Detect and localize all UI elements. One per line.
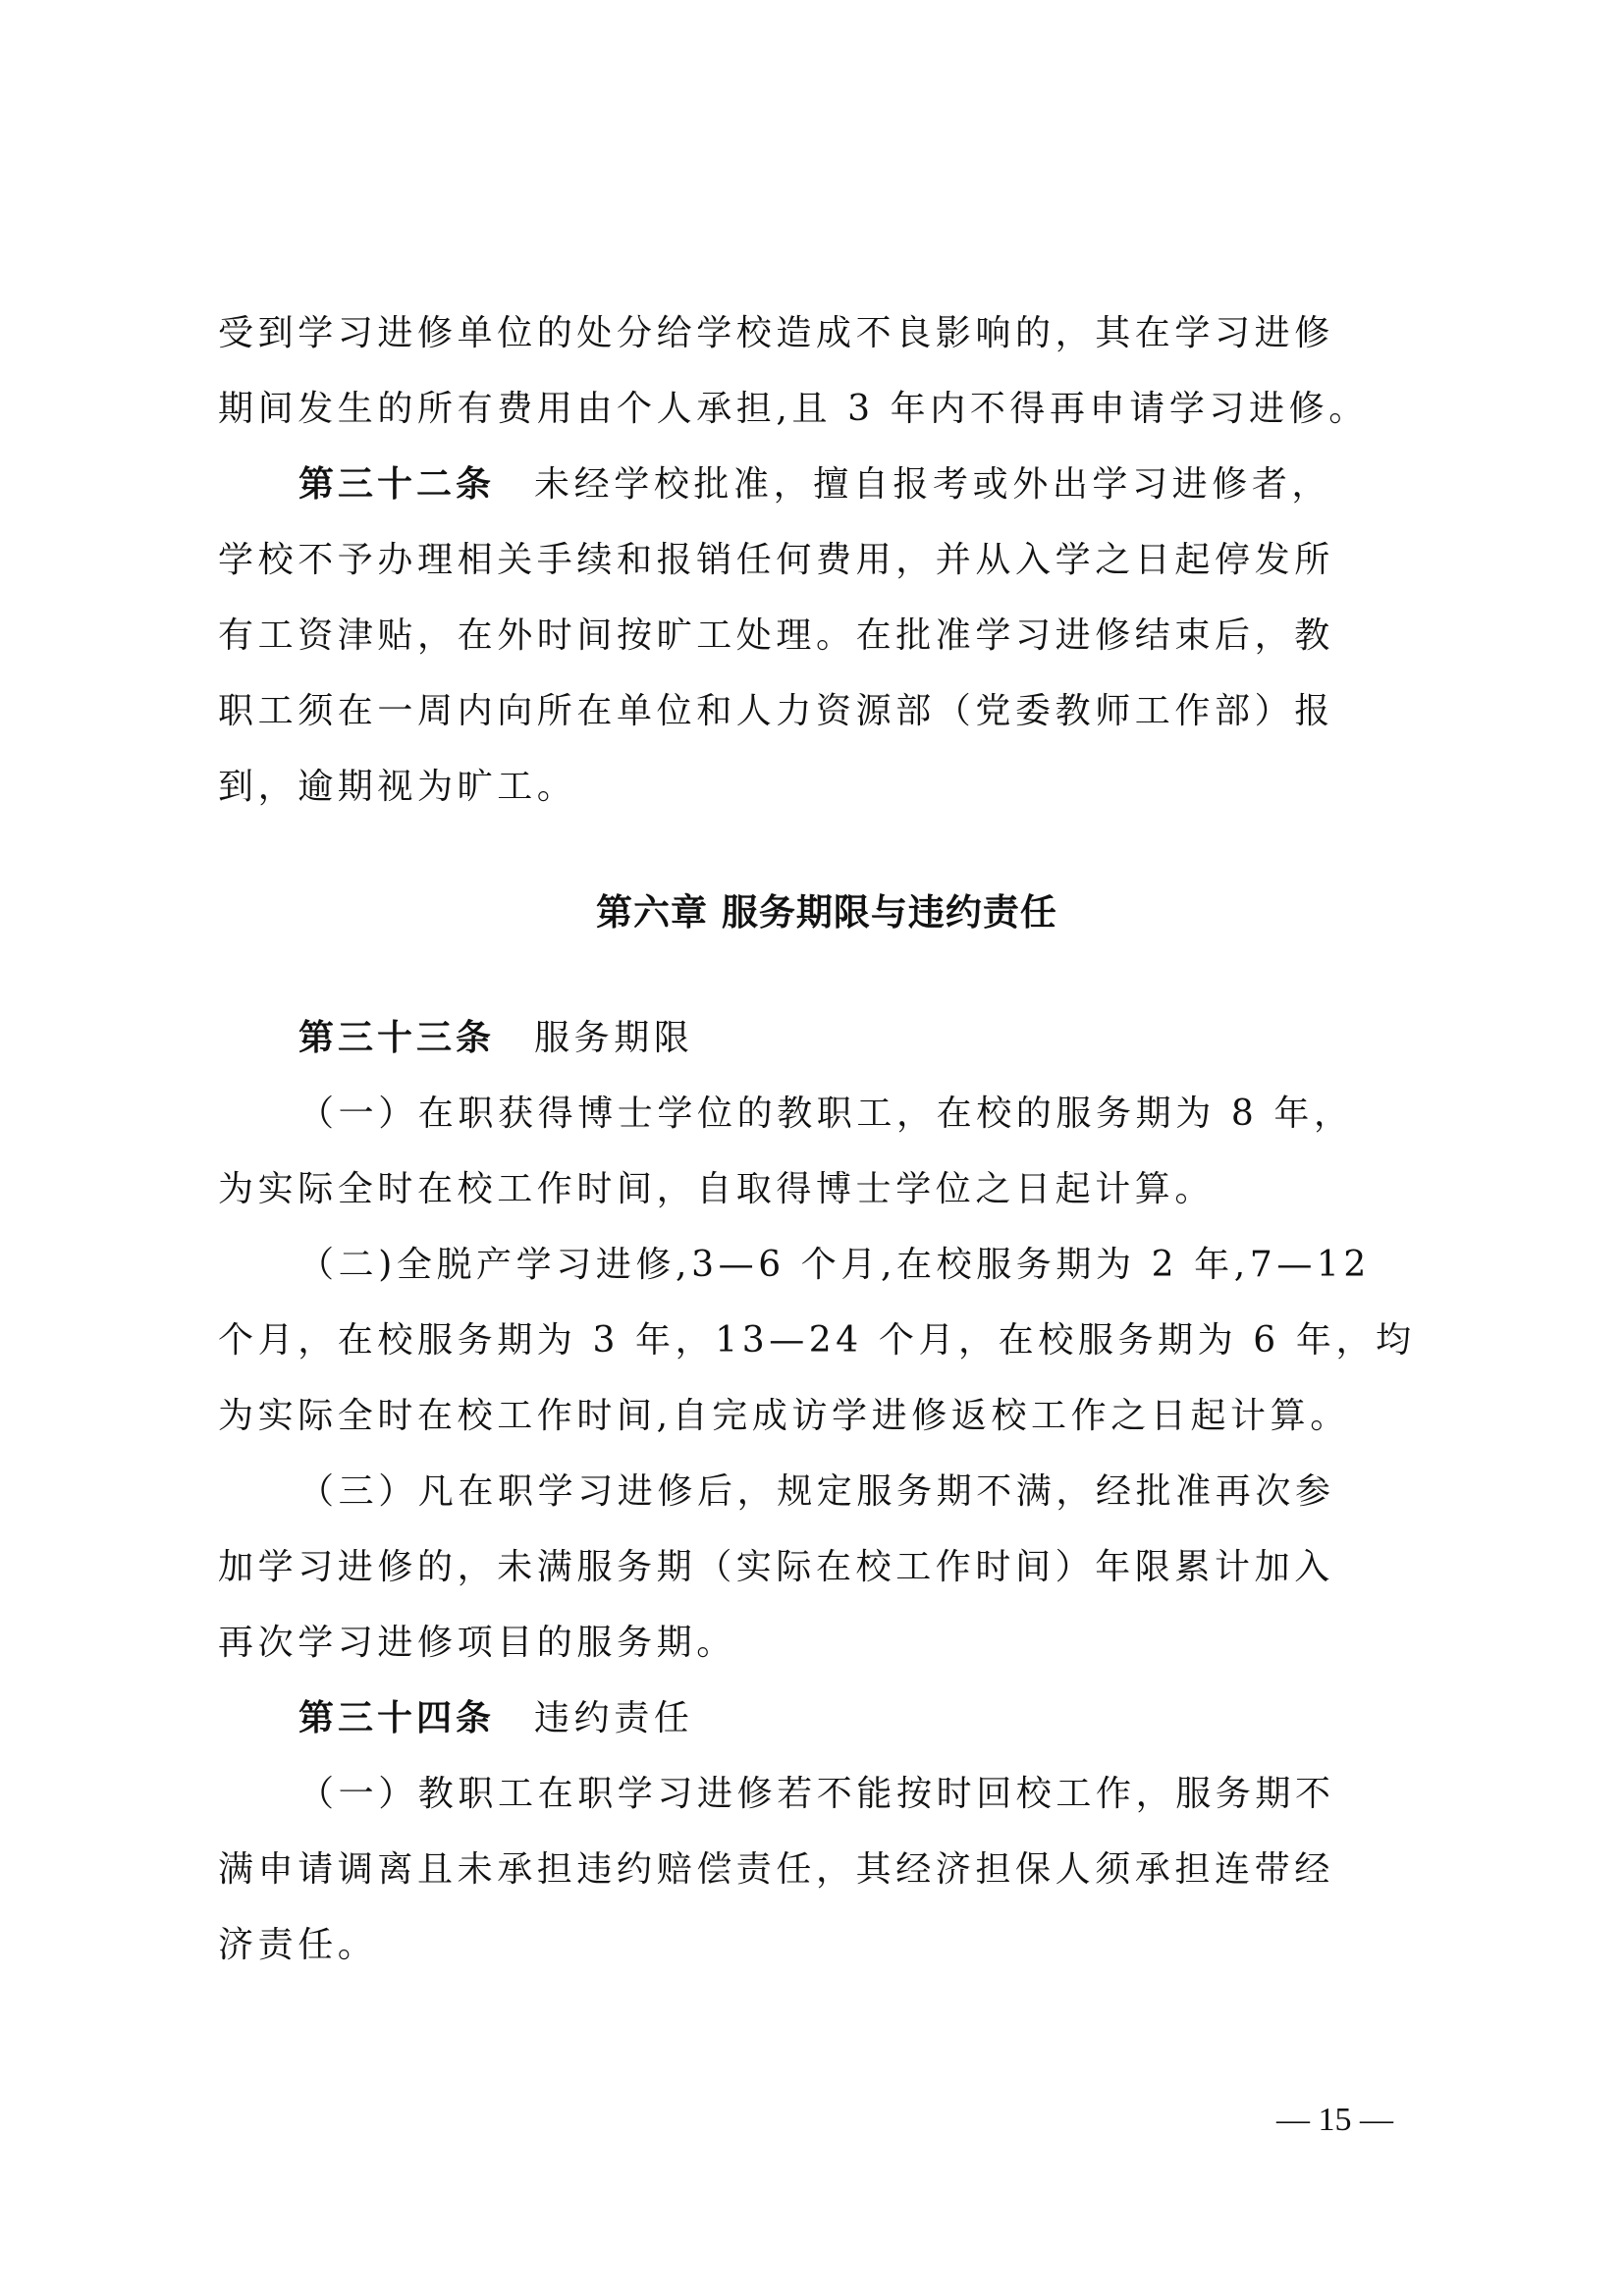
item-2-line: （二)全脱产学习进修,3—6 个月,在校服务期为 2 年,7—12 [218, 1236, 1516, 1295]
article-32-title: 第三十二条 [298, 464, 495, 505]
body-text-line: 满申请调离且未承担违约赔偿责任，其经济担保人须承担连带经 [218, 1841, 1435, 1899]
article-33-title: 第三十三条 [298, 1018, 495, 1058]
body-text-line: 个月，在校服务期为 3 年，13—24 个月，在校服务期为 6 年，均 [218, 1311, 1435, 1370]
body-text-line: 济责任。 [218, 1916, 1435, 1975]
article-32-first-line: 第三十二条未经学校批准，擅自报考或外出学习进修者， [218, 455, 1516, 514]
article-33-heading: 第三十三条服务期限 [218, 1009, 1516, 1068]
body-text-line: 再次学习进修项目的服务期。 [218, 1614, 1435, 1673]
body-text-line: 为实际全时在校工作时间,自完成访学进修返校工作之日起计算。 [218, 1387, 1435, 1446]
body-text-line: 有工资津贴，在外时间按旷工处理。在批准学习进修结束后，教 [218, 607, 1435, 666]
body-text-line: 期间发生的所有费用由个人承担,且 3 年内不得再申请学习进修。 [218, 380, 1435, 439]
body-text-line: 受到学习进修单位的处分给学校造成不良影响的，其在学习进修 [218, 304, 1435, 363]
item-1-line: （一）教职工在职学习进修若不能按时回校工作，服务期不 [218, 1765, 1516, 1824]
article-32-text: 未经学校批准，擅自报考或外出学习进修者， [534, 464, 1331, 505]
body-text-line: 加学习进修的，未满服务期（实际在校工作时间）年限累计加入 [218, 1538, 1435, 1597]
article-34-heading: 第三十四条违约责任 [218, 1689, 1516, 1748]
chapter-heading: 第六章 服务期限与违约责任 [218, 883, 1435, 942]
body-text-line: 学校不予办理相关手续和报销任何费用，并从入学之日起停发所 [218, 531, 1435, 590]
article-34-title: 第三十四条 [298, 1698, 495, 1738]
item-3-line: （三）凡在职学习进修后，规定服务期不满，经批准再次参 [218, 1463, 1516, 1522]
page-number: — 15 — [1276, 2102, 1393, 2139]
body-text-line: 为实际全时在校工作时间，自取得博士学位之日起计算。 [218, 1160, 1435, 1219]
body-text-line: 职工须在一周内向所在单位和人力资源部（党委教师工作部）报 [218, 682, 1435, 741]
body-text-line: 到，逾期视为旷工。 [218, 758, 1435, 817]
item-1-line: （一）在职获得博士学位的教职工，在校的服务期为 8 年， [218, 1085, 1516, 1144]
article-33-subject: 服务期限 [534, 1018, 693, 1058]
article-34-subject: 违约责任 [534, 1698, 693, 1738]
